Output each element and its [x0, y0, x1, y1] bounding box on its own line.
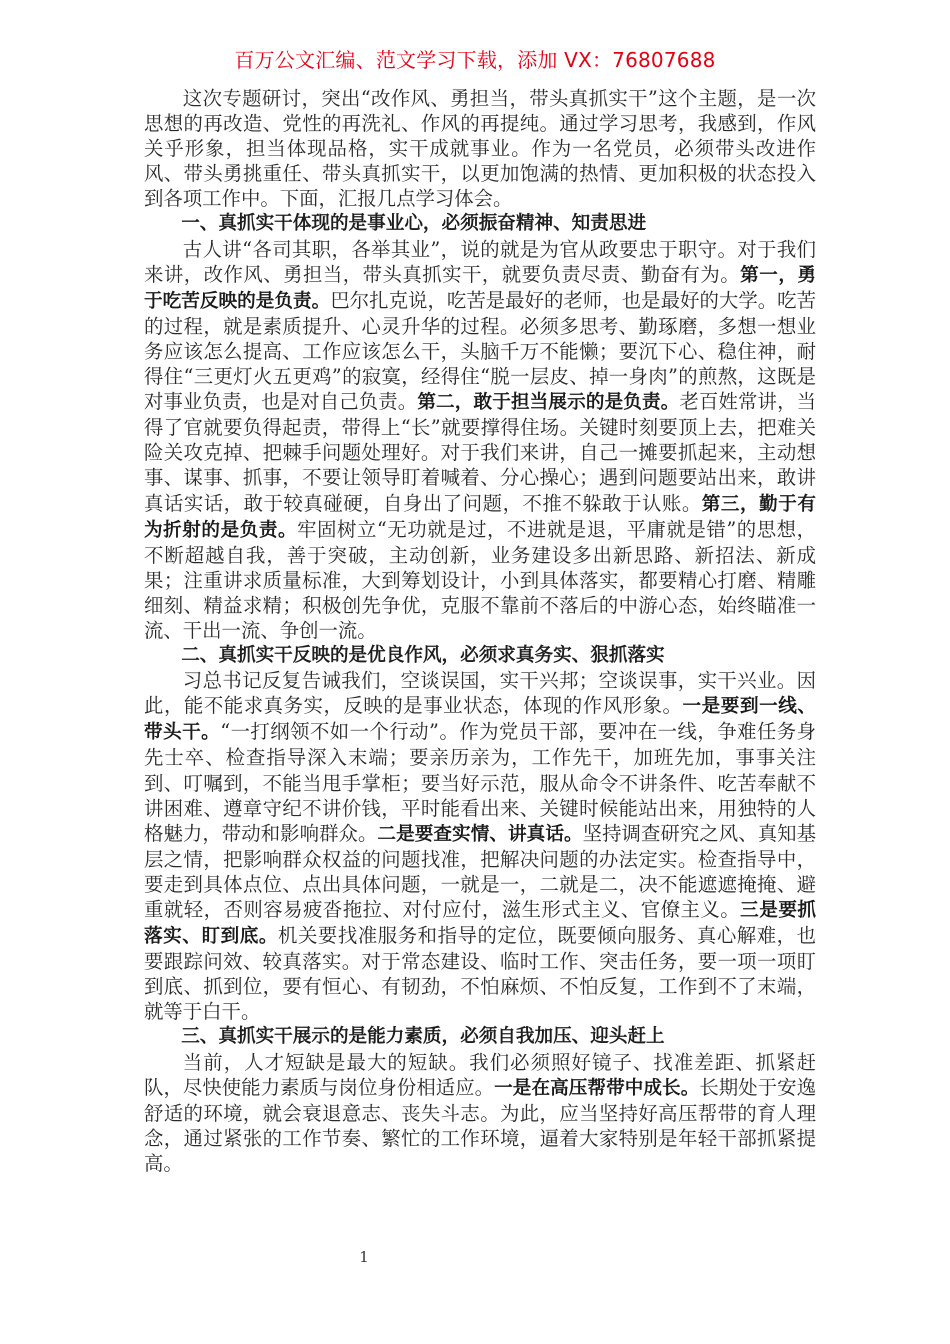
text-run: 这次专题研讨，突出“改作风、勇担当，带头真抓实干”这个主题，是一次思想的再改造、…	[144, 87, 816, 210]
section-1-paragraph: 古人讲“各司其职，各举其业”，说的就是为官从政要忠于职守。对于我们来讲，改作风、…	[144, 237, 816, 644]
document-page: 百万公文汇编、范文学习下载，添加 VX：76807688 这次专题研讨，突出“改…	[0, 0, 950, 1344]
section-heading-2: 二、真抓实干反映的是优良作风，必须求真务实、狠抓落实	[144, 643, 816, 668]
page-number: 1	[352, 1248, 376, 1266]
bold-point: 二是要查实情、讲真话。	[377, 824, 582, 845]
section-3-paragraph: 当前，人才短缺是最大的短缺。我们必须照好镜子、找准差距、抓紧赶队，尽快使能力素质…	[144, 1050, 816, 1176]
bold-point: 第二，敢于担当展示的是负责。	[417, 392, 679, 413]
section-heading-1: 一、真抓实干体现的是事业心，必须振奋精神、知责思进	[144, 211, 816, 236]
document-body: 这次专题研讨，突出“改作风、勇担当，带头真抓实干”这个主题，是一次思想的再改造、…	[144, 86, 816, 1176]
text-run: 古人讲“各司其职，各举其业”，说的就是为官从政要忠于职守。对于我们来讲，改作风、…	[144, 238, 816, 286]
intro-paragraph: 这次专题研讨，突出“改作风、勇担当，带头真抓实干”这个主题，是一次思想的再改造、…	[144, 86, 816, 211]
section-heading-3: 三、真抓实干展示的是能力素质，必须自我加压、迎头赶上	[144, 1024, 816, 1049]
promo-banner: 百万公文汇编、范文学习下载，添加 VX：76807688	[0, 46, 950, 74]
bold-point: 一是在高压帮带中成长。	[494, 1078, 699, 1099]
section-2-paragraph: 习总书记反复告诫我们，空谈误国，实干兴邦；空谈误事，实干兴业。因此，能不能求真务…	[144, 668, 816, 1024]
